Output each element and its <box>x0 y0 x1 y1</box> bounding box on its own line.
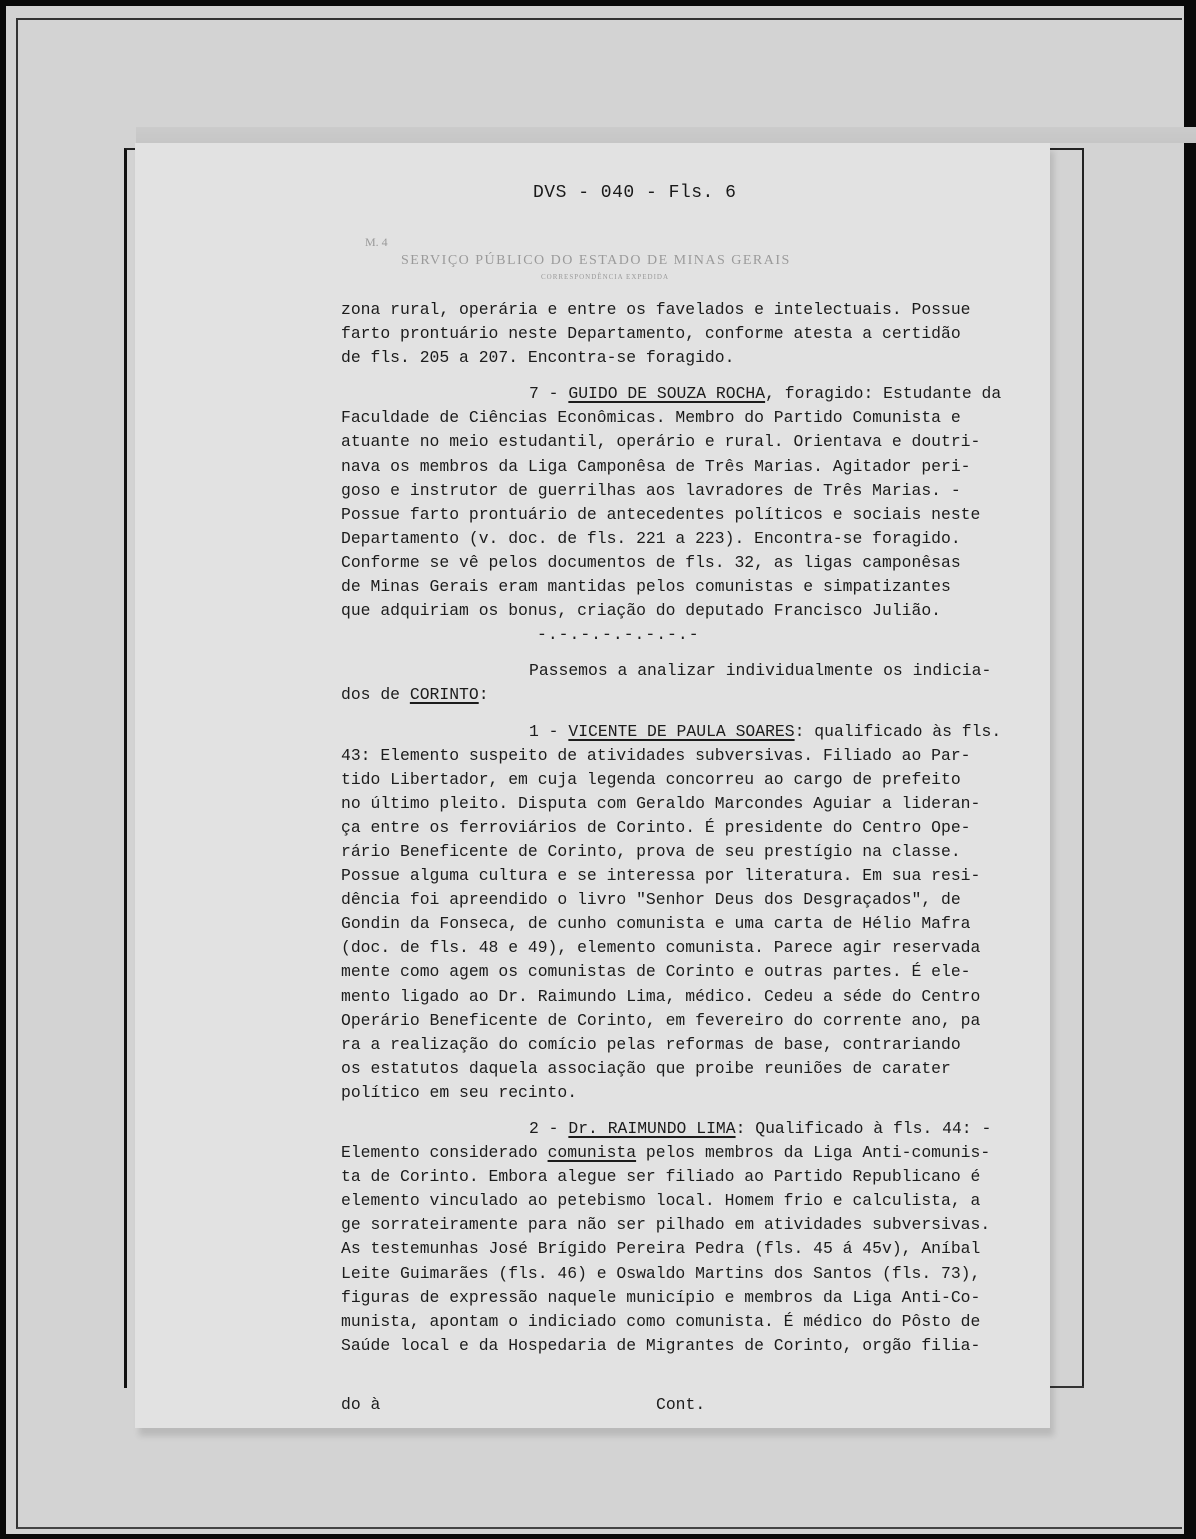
letterhead-title: SERVIÇO PÚBLICO DO ESTADO DE MINAS GERAI… <box>401 253 791 269</box>
text-line: Conforme se vê pelos documentos de fls. … <box>341 551 1061 575</box>
document-body: zona rural, operária e entre os favelado… <box>341 298 1061 1358</box>
text-line: farto prontuário neste Departamento, con… <box>341 322 1061 346</box>
text-line: atuante no meio estudantil, operário e r… <box>341 430 1061 454</box>
text-line: que adquiriam os bonus, criação do deput… <box>341 599 1061 623</box>
item-number: 7 - <box>529 384 568 403</box>
text-line: , foragido: Estudante da <box>765 384 1001 403</box>
text-line: Gondin da Fonseca, de cunho comunista e … <box>341 912 1061 936</box>
section-separator: -.-.-.-.-.-.-.- <box>341 623 1061 647</box>
text-line: munista, apontam o indiciado como comuni… <box>341 1310 1061 1334</box>
item-heading: 1 - VICENTE DE PAULA SOARES: qualificado… <box>341 720 1061 744</box>
text-line: As testemunhas José Brígido Pereira Pedr… <box>341 1237 1061 1261</box>
continuation-marker: Cont. <box>656 1395 705 1414</box>
text-line: figuras de expressão naquele município e… <box>341 1286 1061 1310</box>
text-line: dos de CORINTO: <box>341 683 1061 707</box>
text-line: (doc. de fls. 48 e 49), elemento comunis… <box>341 936 1061 960</box>
text-line: no último pleito. Disputa com Geraldo Ma… <box>341 792 1061 816</box>
text-line: Departamento (v. doc. de fls. 221 a 223)… <box>341 527 1061 551</box>
last-line: do à <box>341 1395 380 1414</box>
text-line: ça entre os ferroviários de Corinto. É p… <box>341 816 1061 840</box>
person-name: VICENTE DE PAULA SOARES <box>568 722 794 741</box>
item-7-guido: 7 - GUIDO DE SOUZA ROCHA, foragido: Estu… <box>341 382 1061 623</box>
folio-number: DVS - 040 - Fls. 6 <box>533 183 736 203</box>
item-heading: 2 - Dr. RAIMUNDO LIMA: Qualificado à fls… <box>341 1117 1061 1141</box>
text-fragment: Elemento considerado <box>341 1143 548 1162</box>
text-line: ra a realização do comício pelas reforma… <box>341 1033 1061 1057</box>
text-line: zona rural, operária e entre os favelado… <box>341 298 1061 322</box>
text-line: elemento vinculado ao petebismo local. H… <box>341 1189 1061 1213</box>
text-line: Elemento considerado comunista pelos mem… <box>341 1141 1061 1165</box>
intro-paragraph: zona rural, operária e entre os favelado… <box>341 298 1061 370</box>
item-heading: 7 - GUIDO DE SOUZA ROCHA, foragido: Estu… <box>341 382 1061 406</box>
item-number: 1 - <box>529 722 568 741</box>
person-name: Dr. RAIMUNDO LIMA <box>568 1119 735 1138</box>
text-fragment: pelos membros da Liga Anti-comunis- <box>636 1143 990 1162</box>
text-line: de fls. 205 a 207. Encontra-se foragido. <box>341 346 1061 370</box>
text-fragment: : Qualificado à fls. 44: - <box>736 1119 992 1138</box>
item-number: 2 - <box>529 1119 568 1138</box>
text-line: ge sorrateiramente para não ser pilhado … <box>341 1213 1061 1237</box>
text-line: 43: Elemento suspeito de atividades subv… <box>341 744 1061 768</box>
text-line: tido Libertador, em cuja legenda concorr… <box>341 768 1061 792</box>
text-fragment: : <box>479 685 489 704</box>
corinto-item-2-raimundo: 2 - Dr. RAIMUNDO LIMA: Qualificado à fls… <box>341 1117 1061 1358</box>
text-line: Faculdade de Ciências Econômicas. Membro… <box>341 406 1061 430</box>
text-line: Saúde local e da Hospedaria de Migrantes… <box>341 1334 1061 1358</box>
text-fragment: : qualificado às fls. <box>795 722 1002 741</box>
text-line: rário Beneficente de Corinto, prova de s… <box>341 840 1061 864</box>
text-fragment: dos de <box>341 685 410 704</box>
person-name: GUIDO DE SOUZA ROCHA <box>568 384 765 403</box>
text-line: político em seu recinto. <box>341 1081 1061 1105</box>
text-line: Operário Beneficente de Corinto, em feve… <box>341 1009 1061 1033</box>
text-line: Possue farto prontuário de antecedentes … <box>341 503 1061 527</box>
text-line: goso e instrutor de guerrilhas aos lavra… <box>341 479 1061 503</box>
text-line: dência foi apreendido o livro "Senhor De… <box>341 888 1061 912</box>
text-line: nava os membros da Liga Camponêsa de Trê… <box>341 455 1061 479</box>
text-line: ta de Corinto. Embora alegue ser filiado… <box>341 1165 1061 1189</box>
text-line: mento ligado ao Dr. Raimundo Lima, médic… <box>341 985 1061 1009</box>
text-line: os estatutos daquela associação que proi… <box>341 1057 1061 1081</box>
page-shadow <box>136 127 1196 143</box>
corinto-item-1-vicente: 1 - VICENTE DE PAULA SOARES: qualificado… <box>341 720 1061 1106</box>
place-name: CORINTO <box>410 685 479 704</box>
underlined-word: comunista <box>548 1143 637 1162</box>
text-line: de Minas Gerais eram mantidas pelos comu… <box>341 575 1061 599</box>
text-line: Leite Guimarães (fls. 46) e Oswaldo Mart… <box>341 1262 1061 1286</box>
text-line: mente como agem os comunistas de Corinto… <box>341 960 1061 984</box>
letterhead-subtitle: CORRESPONDÊNCIA EXPEDIDA <box>541 273 669 281</box>
text-line: Possue alguma cultura e se interessa por… <box>341 864 1061 888</box>
letterhead-code: M. 4 <box>365 235 388 250</box>
text-line: Passemos a analizar individualmente os i… <box>341 659 1061 683</box>
corinto-intro: Passemos a analizar individualmente os i… <box>341 659 1061 707</box>
